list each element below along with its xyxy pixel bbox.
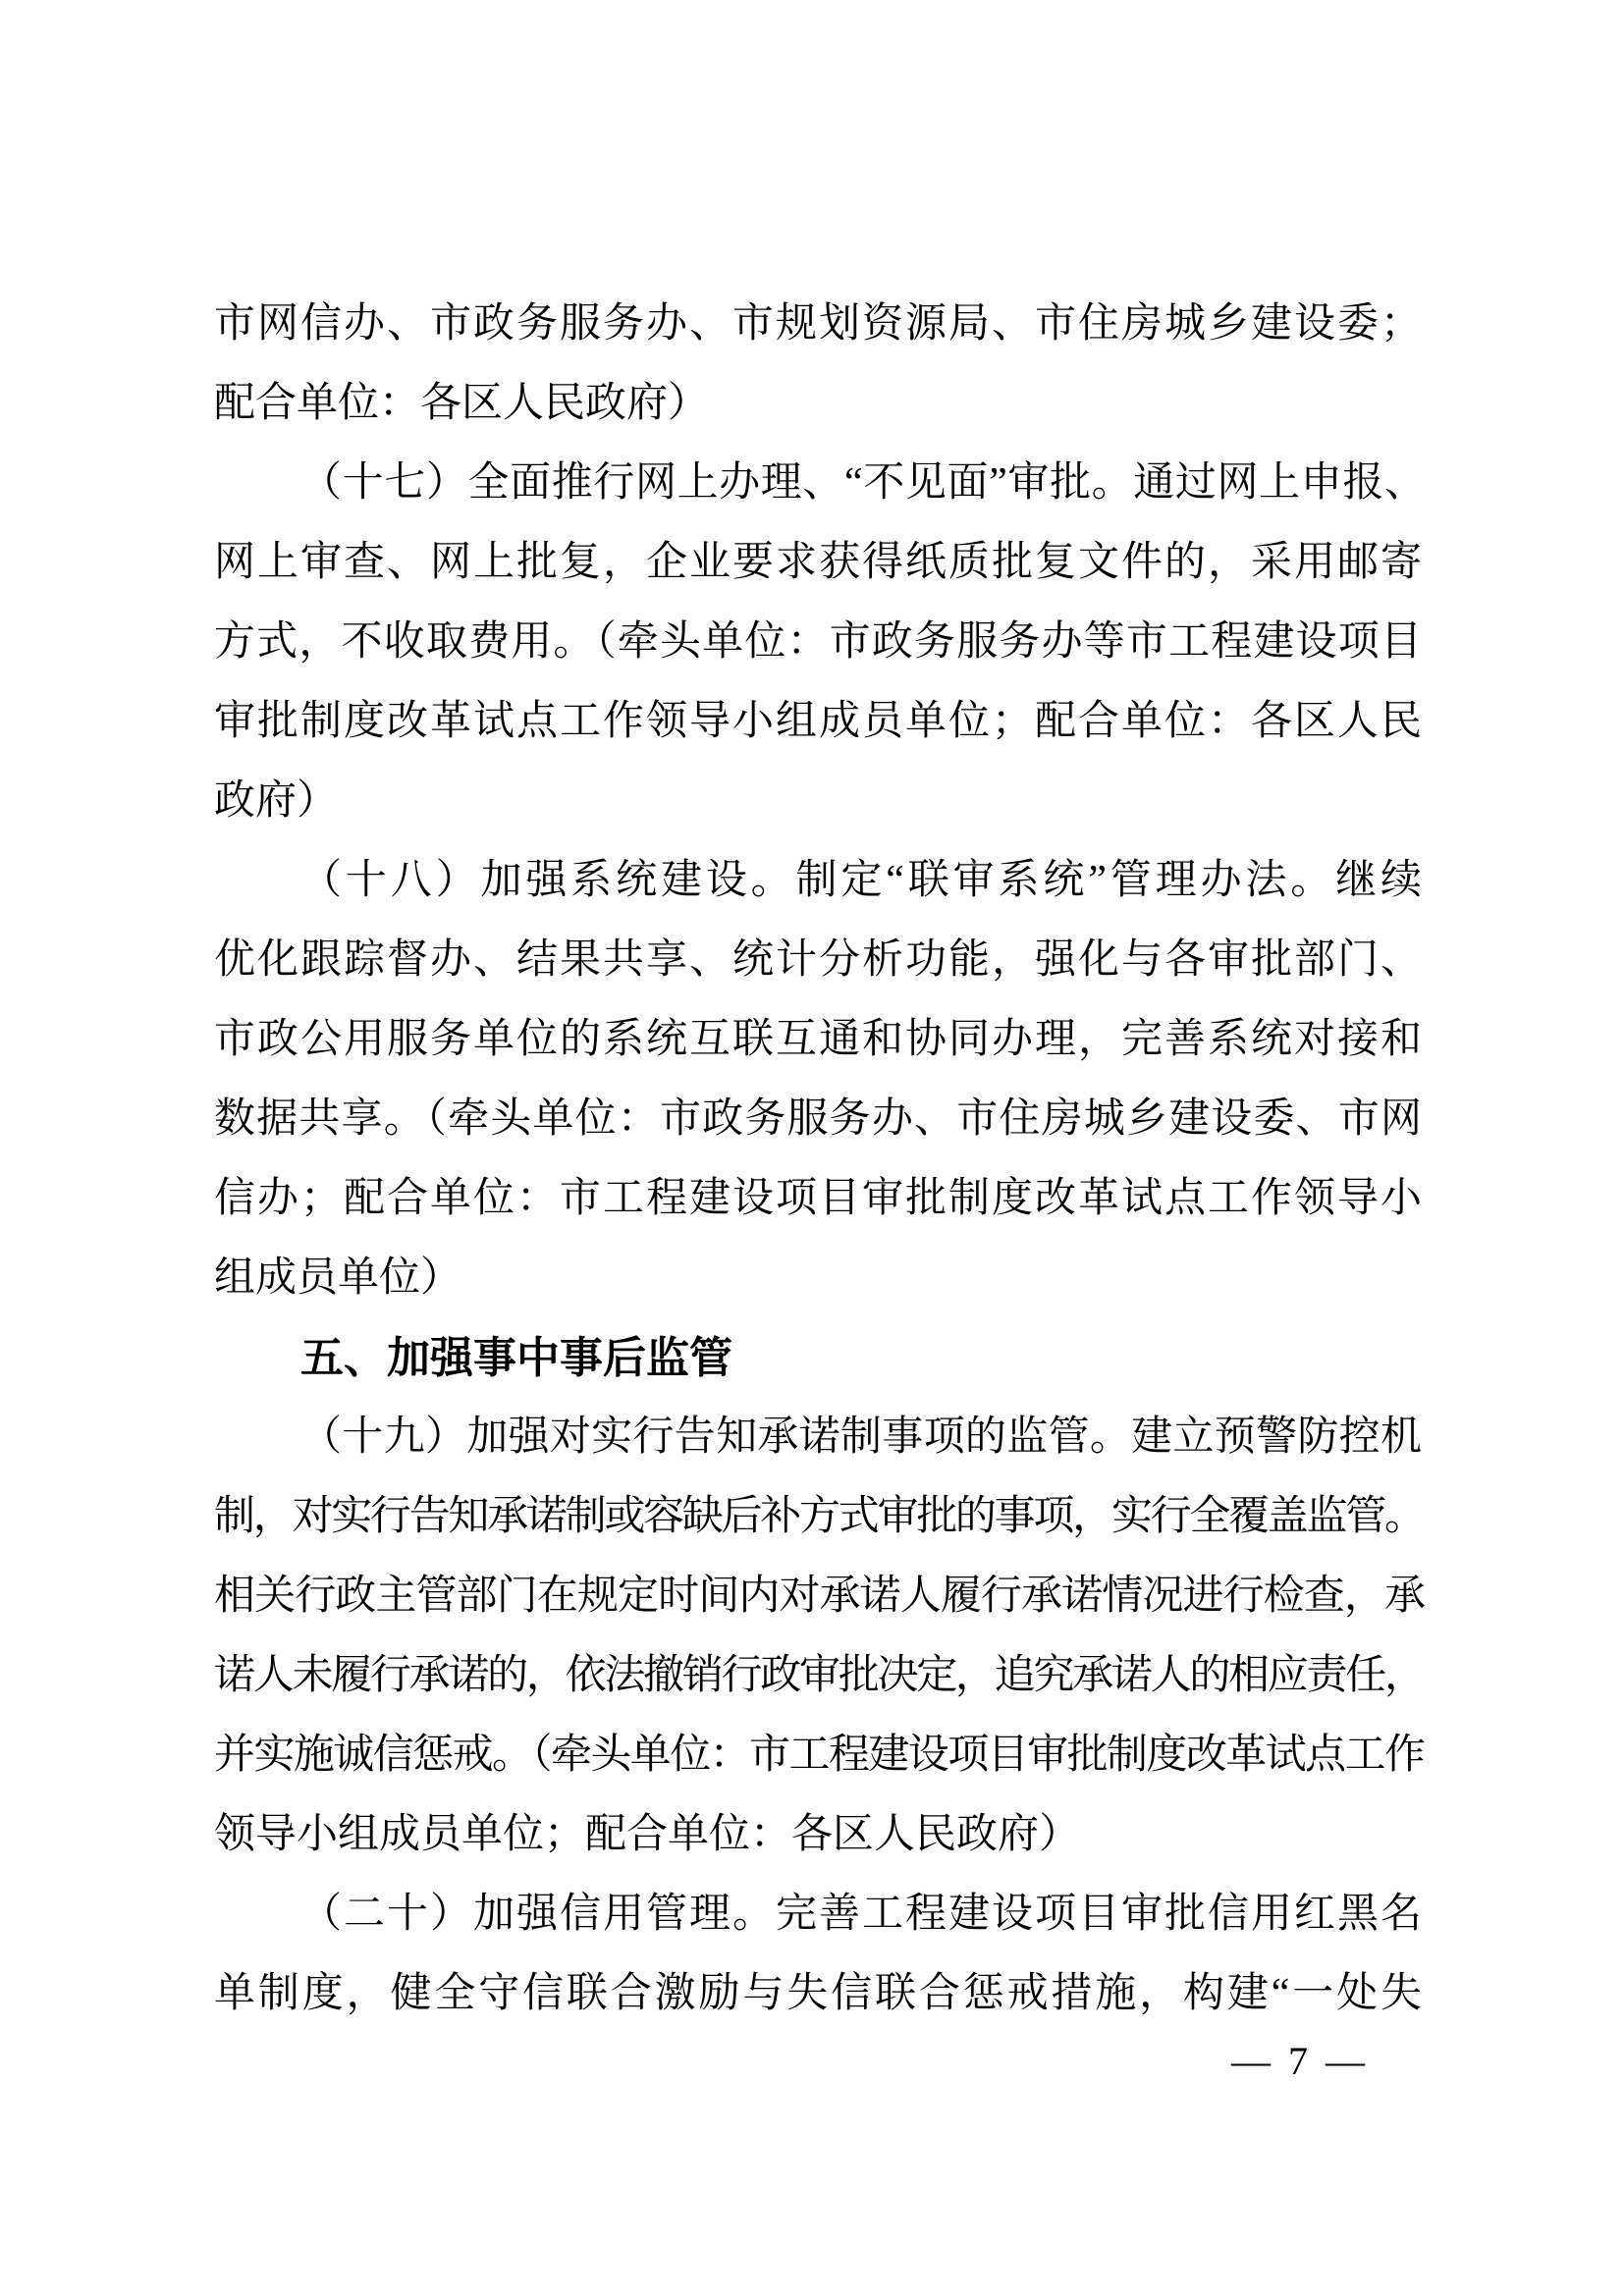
- text-line: 组成员单位）: [214, 1239, 1422, 1318]
- text-line: 优化跟踪督办、结果共享、统计分析功能，强化与各审批部门、: [214, 921, 1422, 1000]
- text-line: 配合单位：各区人民政府）: [214, 364, 1422, 444]
- text-line: 审批制度改革试点工作领导小组成员单位；配合单位：各区人民: [214, 682, 1422, 762]
- page-number: — 7 —: [1231, 2024, 1369, 2099]
- section-heading: 五、加强事中事后监管: [214, 1318, 1422, 1398]
- text-line: 方式，不收取费用。（牵头单位：市政务服务办等市工程建设项目: [214, 603, 1422, 682]
- text-line: 制，对实行告知承诺制或容缺后补方式审批的事项，实行全覆盖监管。: [214, 1477, 1422, 1557]
- text-line: 数据共享。（牵头单位：市政务服务办、市住房城乡建设委、市网: [214, 1080, 1422, 1159]
- text-line: 市网信办、市政务服务办、市规划资源局、市住房城乡建设委；: [214, 285, 1422, 364]
- text-line: 相关行政主管部门在规定时间内对承诺人履行承诺情况进行检查，承: [214, 1557, 1422, 1636]
- document-page: 市网信办、市政务服务办、市规划资源局、市住房城乡建设委； 配合单位：各区人民政府…: [0, 0, 1624, 2296]
- text-line: 信办；配合单位：市工程建设项目审批制度改革试点工作领导小: [214, 1159, 1422, 1239]
- text-line: 单制度，健全守信联合激励与失信联合惩戒措施，构建“一处失: [214, 1954, 1422, 2034]
- text-line: 网上审查、网上批复，企业要求获得纸质批复文件的，采用邮寄: [214, 523, 1422, 603]
- text-line: 诺人未履行承诺的，依法撤销行政审批决定，追究承诺人的相应责任，: [214, 1636, 1422, 1716]
- document-body: 市网信办、市政务服务办、市规划资源局、市住房城乡建设委； 配合单位：各区人民政府…: [214, 285, 1422, 2034]
- text-line: （二十）加强信用管理。完善工程建设项目审批信用红黑名: [214, 1875, 1422, 1954]
- text-line: 政府）: [214, 762, 1422, 841]
- text-line: （十七）全面推行网上办理、“不见面”审批。通过网上申报、: [214, 444, 1422, 523]
- text-line: （十九）加强对实行告知承诺制事项的监管。建立预警防控机: [214, 1398, 1422, 1477]
- text-line: （十八）加强系统建设。制定“联审系统”管理办法。继续: [214, 841, 1422, 921]
- text-line: 并实施诚信惩戒。（牵头单位：市工程建设项目审批制度改革试点工作: [214, 1716, 1422, 1795]
- text-line: 领导小组成员单位；配合单位：各区人民政府）: [214, 1795, 1422, 1875]
- text-line: 市政公用服务单位的系统互联互通和协同办理，完善系统对接和: [214, 1000, 1422, 1080]
